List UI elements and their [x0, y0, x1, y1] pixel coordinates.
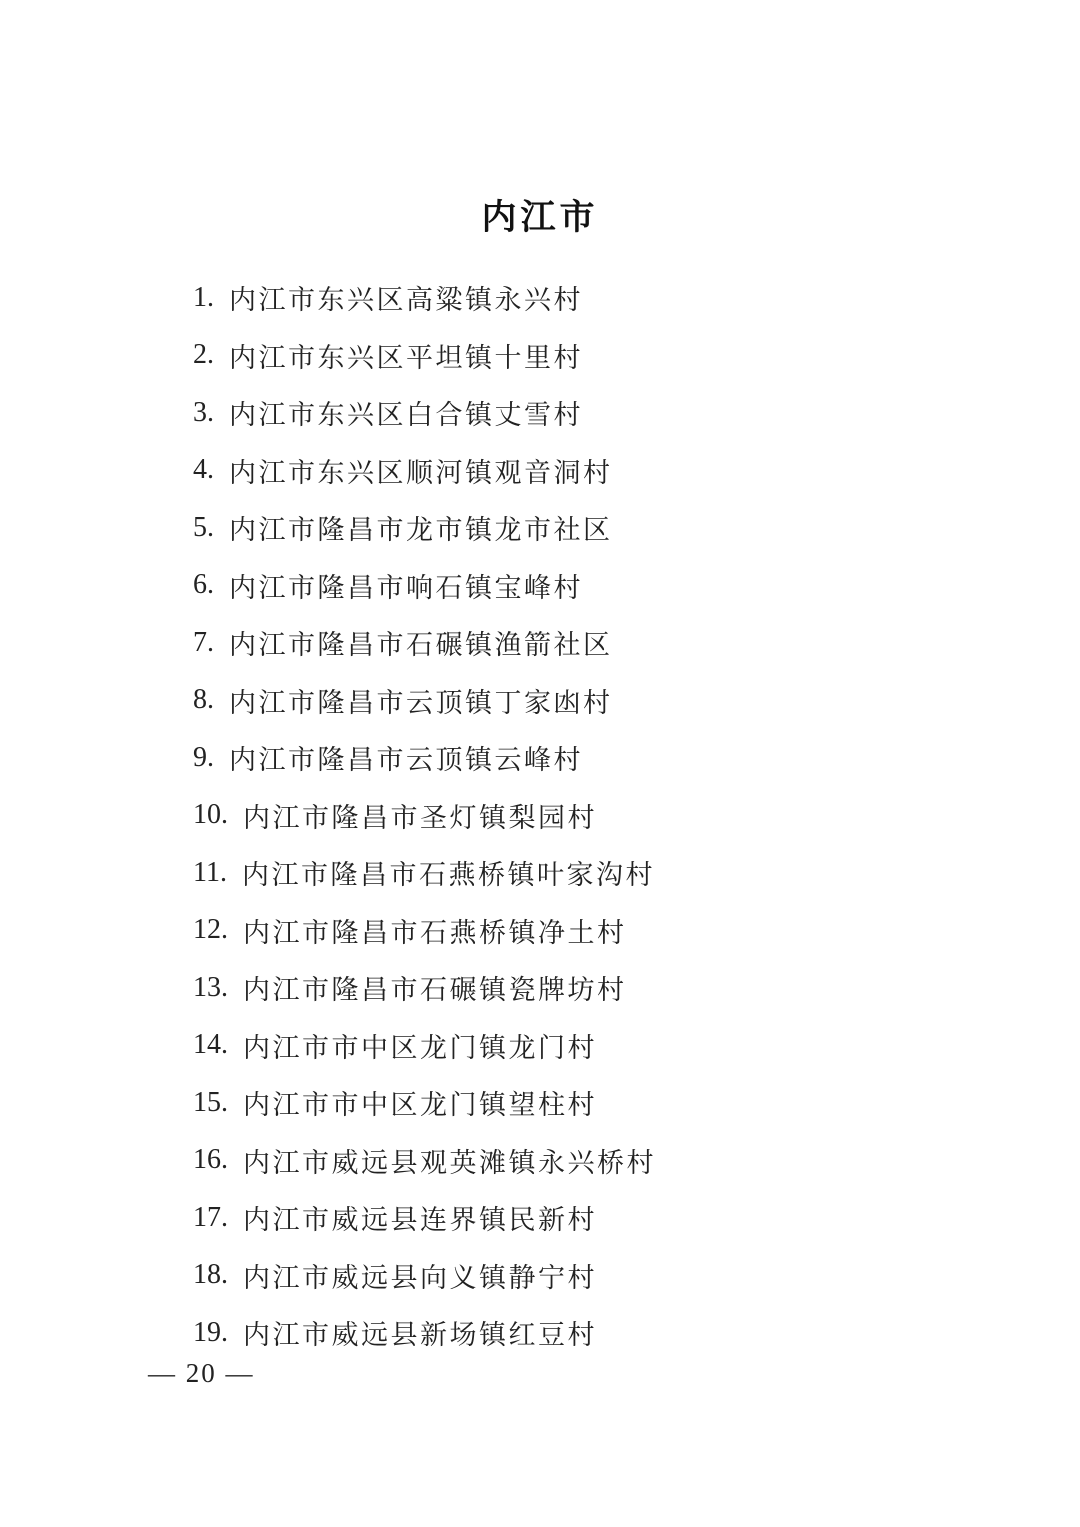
list-item: 18. 内江市威远县向义镇静宁村 [193, 1247, 656, 1305]
list-item-number: 13. [193, 972, 228, 1004]
list-item: 12. 内江市隆昌市石燕桥镇净土村 [193, 902, 656, 960]
list-item-text: 内江市隆昌市石燕桥镇净土村 [243, 911, 627, 950]
list-item: 8. 内江市隆昌市云顶镇丁家凼村 [193, 672, 656, 730]
list-item-number: 16. [193, 1144, 228, 1176]
list-item-text: 内江市威远县观英滩镇永兴桥村 [243, 1141, 656, 1180]
list-item-text: 内江市隆昌市云顶镇丁家凼村 [229, 681, 613, 720]
list-item-text: 内江市隆昌市龙市镇龙市社区 [229, 508, 613, 547]
list-item: 16. 内江市威远县观英滩镇永兴桥村 [193, 1132, 656, 1190]
list-item-number: 8. [193, 684, 214, 716]
list-item-text: 内江市威远县向义镇静宁村 [243, 1256, 597, 1295]
list-item: 3. 内江市东兴区白合镇丈雪村 [193, 384, 656, 442]
list-item: 15. 内江市市中区龙门镇望柱村 [193, 1074, 656, 1132]
list-item: 7. 内江市隆昌市石碾镇渔箭社区 [193, 614, 656, 672]
list-item-text: 内江市市中区龙门镇龙门村 [243, 1026, 597, 1065]
list-item-text: 内江市隆昌市石碾镇渔箭社区 [229, 623, 613, 662]
list-item: 17. 内江市威远县连界镇民新村 [193, 1189, 656, 1247]
page-number: — 20 — [148, 1358, 255, 1389]
list-item-text: 内江市隆昌市石碾镇瓷牌坊村 [243, 968, 627, 1007]
list-item-number: 2. [193, 339, 214, 371]
list-item-text: 内江市东兴区平坦镇十里村 [229, 336, 583, 375]
page-title: 内江市 [0, 190, 1080, 240]
list-item: 5. 内江市隆昌市龙市镇龙市社区 [193, 499, 656, 557]
list-item-number: 5. [193, 512, 214, 544]
list-item-text: 内江市东兴区顺河镇观音洞村 [229, 451, 613, 490]
list-item-number: 19. [193, 1317, 228, 1349]
list-item: 11. 内江市隆昌市石燕桥镇叶家沟村 [193, 844, 656, 902]
list-item-number: 15. [193, 1087, 228, 1119]
list-item: 9. 内江市隆昌市云顶镇云峰村 [193, 729, 656, 787]
list-item-number: 6. [193, 569, 214, 601]
village-list: 1. 内江市东兴区高粱镇永兴村 2. 内江市东兴区平坦镇十里村 3. 内江市东兴… [193, 269, 656, 1362]
list-item-text: 内江市威远县新场镇红豆村 [243, 1313, 597, 1352]
list-item-number: 7. [193, 627, 214, 659]
list-item: 2. 内江市东兴区平坦镇十里村 [193, 327, 656, 385]
list-item: 6. 内江市隆昌市响石镇宝峰村 [193, 557, 656, 615]
list-item: 1. 内江市东兴区高粱镇永兴村 [193, 269, 656, 327]
list-item-text: 内江市隆昌市响石镇宝峰村 [229, 566, 583, 605]
list-item: 13. 内江市隆昌市石碾镇瓷牌坊村 [193, 959, 656, 1017]
list-item-text: 内江市东兴区高粱镇永兴村 [229, 278, 583, 317]
list-item-text: 内江市威远县连界镇民新村 [243, 1198, 597, 1237]
list-item-number: 3. [193, 397, 214, 429]
list-item-number: 14. [193, 1029, 228, 1061]
list-item-number: 11. [193, 857, 227, 889]
list-item-number: 1. [193, 282, 214, 314]
list-item-number: 18. [193, 1259, 228, 1291]
list-item-number: 9. [193, 742, 214, 774]
list-item-number: 12. [193, 914, 228, 946]
list-item-text: 内江市东兴区白合镇丈雪村 [229, 393, 583, 432]
list-item-text: 内江市隆昌市云顶镇云峰村 [229, 738, 583, 777]
document-page: 内江市 1. 内江市东兴区高粱镇永兴村 2. 内江市东兴区平坦镇十里村 3. 内… [0, 0, 1080, 1527]
list-item: 19. 内江市威远县新场镇红豆村 [193, 1304, 656, 1362]
list-item-text: 内江市隆昌市石燕桥镇叶家沟村 [242, 853, 655, 892]
list-item: 10. 内江市隆昌市圣灯镇梨园村 [193, 787, 656, 845]
list-item: 14. 内江市市中区龙门镇龙门村 [193, 1017, 656, 1075]
list-item-text: 内江市隆昌市圣灯镇梨园村 [243, 796, 597, 835]
list-item-number: 4. [193, 454, 214, 486]
list-item: 4. 内江市东兴区顺河镇观音洞村 [193, 442, 656, 500]
list-item-number: 10. [193, 799, 228, 831]
list-item-number: 17. [193, 1202, 228, 1234]
list-item-text: 内江市市中区龙门镇望柱村 [243, 1083, 597, 1122]
